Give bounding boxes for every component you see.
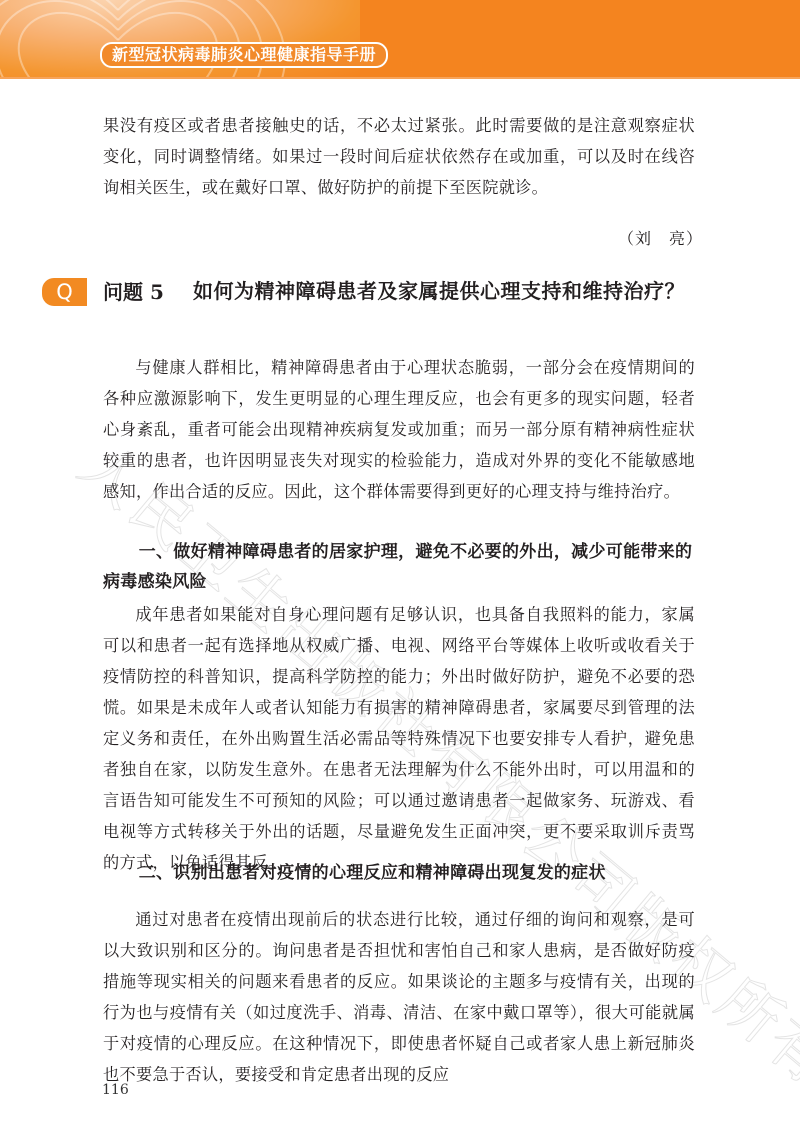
header-divider [0, 77, 800, 79]
body-paragraph: 果没有疫区或者患者接触史的话，不必太过紧张。此时需要做的是注意观察症状变化，同时… [103, 110, 695, 203]
question-number: 问题 5 [103, 277, 164, 307]
section-paragraph: 成年患者如果能对自身心理问题有足够认识，也具备自我照料的能力，家属可以和患者一起… [103, 599, 695, 878]
page-header: 新型冠状病毒肺炎心理健康指导手册 [0, 0, 800, 77]
question-badge: Q [42, 278, 87, 306]
section-heading: 一、做好精神障碍患者的居家护理，避免不必要的外出，减少可能带来的病毒感染风险 [103, 537, 695, 597]
author-signature: （刘 亮） [618, 226, 703, 249]
section-1-body: 成年患者如果能对自身心理问题有足够认识，也具备自我照料的能力，家属可以和患者一起… [103, 599, 695, 878]
section-heading: 二、识别出患者对疫情的心理反应和精神障碍出现复发的症状 [103, 858, 695, 888]
section-1: 一、做好精神障碍患者的居家护理，避免不必要的外出，减少可能带来的病毒感染风险 [103, 537, 695, 597]
question-title: 如何为精神障碍患者及家属提供心理支持和维持治疗？ [193, 277, 713, 305]
section-2: 二、识别出患者对疫情的心理反应和精神障碍出现复发的症状 [103, 858, 695, 888]
previous-answer-continuation: 果没有疫区或者患者接触史的话，不必太过紧张。此时需要做的是注意观察症状变化，同时… [103, 110, 695, 203]
book-title: 新型冠状病毒肺炎心理健康指导手册 [100, 42, 388, 68]
intro-paragraph: 与健康人群相比，精神障碍患者由于心理状态脆弱，一部分会在疫情期间的各种应激源影响… [103, 352, 695, 507]
page-number: 116 [102, 1082, 129, 1098]
question-heading: Q 问题 5 如何为精神障碍患者及家属提供心理支持和维持治疗？ [0, 277, 800, 337]
section-paragraph: 通过对患者在疫情出现前后的状态进行比较，通过仔细的询问和观察，是可以大致识别和区… [103, 904, 695, 1090]
section-2-body: 通过对患者在疫情出现前后的状态进行比较，通过仔细的询问和观察，是可以大致识别和区… [103, 904, 695, 1090]
intro-section: 与健康人群相比，精神障碍患者由于心理状态脆弱，一部分会在疫情期间的各种应激源影响… [103, 352, 695, 507]
